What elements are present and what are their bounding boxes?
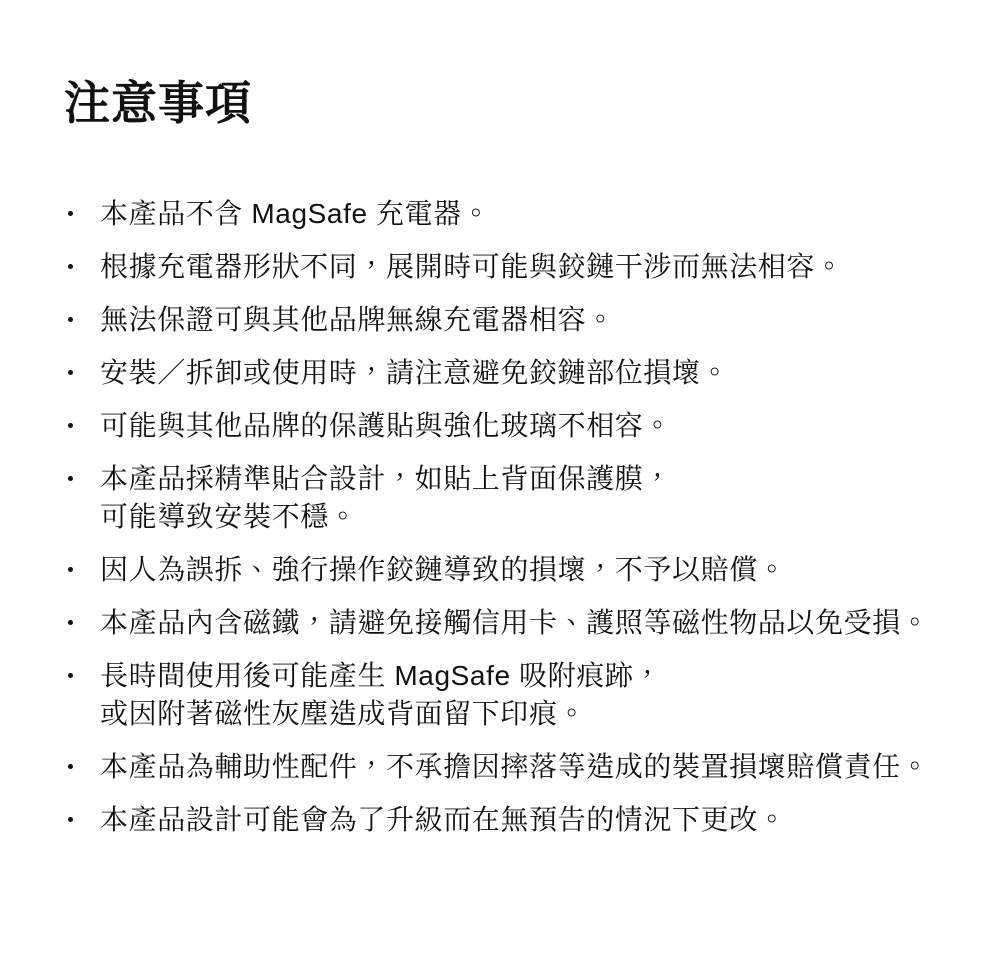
bullet-icon: [68, 317, 73, 322]
bullet-icon: [68, 264, 73, 269]
note-text: 本產品設計可能會為了升級而在無預告的情況下更改。: [100, 801, 786, 839]
list-item: 無法保證可與其他品牌無線充電器相容。: [64, 301, 944, 339]
list-item: 安裝／拆卸或使用時，請注意避免鉸鏈部位損壞。: [64, 354, 944, 392]
bullet-icon: [68, 620, 73, 625]
note-text: 本產品為輔助性配件，不承擔因摔落等造成的裝置損壞賠償責任。: [100, 748, 929, 786]
list-item: 因人為誤拆、強行操作鉸鏈導致的損壞，不予以賠償。: [64, 551, 944, 589]
note-text: 本產品採精準貼合設計，如貼上背面保護膜， 可能導致安裝不穩。: [100, 460, 672, 536]
list-item: 可能與其他品牌的保護貼與強化玻璃不相容。: [64, 407, 944, 445]
bullet-icon: [68, 423, 73, 428]
bullet-icon: [68, 817, 73, 822]
bullet-icon: [68, 764, 73, 769]
list-item: 本產品內含磁鐵，請避免接觸信用卡、護照等磁性物品以免受損。: [64, 604, 944, 642]
note-text: 本產品不含 MagSafe 充電器。: [100, 195, 490, 233]
bullet-icon: [68, 567, 73, 572]
note-text: 可能與其他品牌的保護貼與強化玻璃不相容。: [100, 407, 672, 445]
list-item: 長時間使用後可能產生 MagSafe 吸附痕跡， 或因附著磁性灰塵造成背面留下印…: [64, 657, 944, 733]
list-item: 本產品不含 MagSafe 充電器。: [64, 195, 944, 233]
list-item: 本產品採精準貼合設計，如貼上背面保護膜， 可能導致安裝不穩。: [64, 460, 944, 536]
list-item: 本產品設計可能會為了升級而在無預告的情況下更改。: [64, 801, 944, 839]
list-item: 本產品為輔助性配件，不承擔因摔落等造成的裝置損壞賠償責任。: [64, 748, 944, 786]
note-text: 根據充電器形狀不同，展開時可能與鉸鏈干涉而無法相容。: [100, 248, 844, 286]
note-text: 因人為誤拆、強行操作鉸鏈導致的損壞，不予以賠償。: [100, 551, 786, 589]
note-text: 本產品內含磁鐵，請避免接觸信用卡、護照等磁性物品以免受損。: [100, 604, 929, 642]
bullet-icon: [68, 476, 73, 481]
page-title: 注意事項: [64, 76, 944, 131]
note-text: 安裝／拆卸或使用時，請注意避免鉸鏈部位損壞。: [100, 354, 729, 392]
bullet-icon: [68, 211, 73, 216]
notice-section: 注意事項 本產品不含 MagSafe 充電器。 根據充電器形狀不同，展開時可能與…: [0, 0, 1000, 839]
list-item: 根據充電器形狀不同，展開時可能與鉸鏈干涉而無法相容。: [64, 248, 944, 286]
bullet-icon: [68, 370, 73, 375]
notes-list: 本產品不含 MagSafe 充電器。 根據充電器形狀不同，展開時可能與鉸鏈干涉而…: [64, 195, 944, 839]
bullet-icon: [68, 673, 73, 678]
note-text: 無法保證可與其他品牌無線充電器相容。: [100, 301, 615, 339]
note-text: 長時間使用後可能產生 MagSafe 吸附痕跡， 或因附著磁性灰塵造成背面留下印…: [100, 657, 662, 733]
